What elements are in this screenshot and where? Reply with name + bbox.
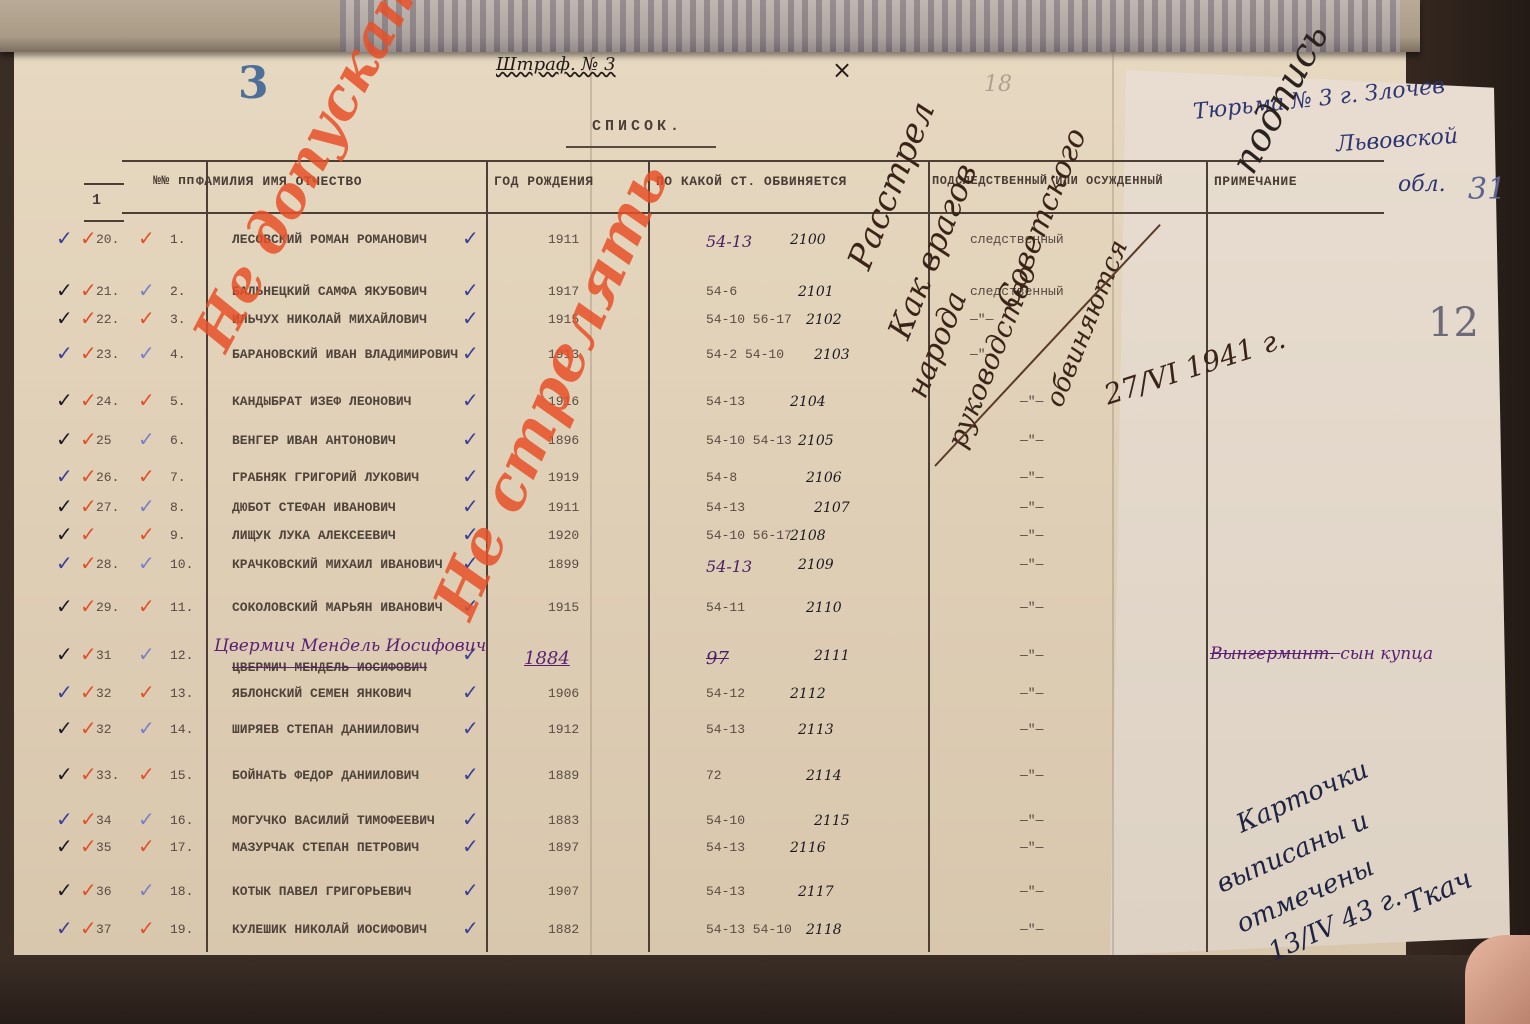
registry-number: 2116 — [790, 840, 826, 856]
note-struck: Вынгерминт. — [1210, 644, 1340, 664]
registry-number: 2117 — [798, 884, 834, 900]
row-number: 1. — [170, 232, 186, 247]
detention-status: —"— — [1020, 528, 1043, 543]
prisoner-name: КОТЫК ПАВЕЛ ГРИГОРЬЕВИЧ — [232, 884, 411, 899]
check-mark-icon: ✓ — [56, 596, 73, 616]
detention-status: —"— — [1020, 648, 1043, 663]
birth-year: 1912 — [548, 722, 579, 737]
page-title: СПИСОК. — [592, 118, 683, 135]
criminal-article: 54-10 56-17 — [706, 312, 792, 327]
prison-annotation: обл. — [1398, 172, 1446, 197]
table-row: ✓✓✓✓3618.КОТЫК ПАВЕЛ ГРИГОРЬЕВИЧ190754-1… — [0, 884, 1392, 912]
page-mark: 3 — [238, 58, 269, 109]
check-mark-icon: ✓ — [138, 343, 155, 363]
prisoner-name: КУЛЕШИК НИКОЛАЙ ИОСИФОВИЧ — [232, 922, 427, 937]
ledger-number: 25 — [96, 433, 112, 448]
criminal-article: 54-13 — [706, 722, 745, 737]
birth-year: 1915 — [548, 600, 579, 615]
check-mark-icon: ✓ — [462, 228, 479, 248]
prisoner-name: ДЮБОТ СТЕФАН ИВАНОВИЧ — [232, 500, 396, 515]
check-mark-icon: ✓ — [80, 308, 97, 328]
registry-number: 2107 — [814, 500, 850, 516]
birth-year: 1897 — [548, 840, 579, 855]
check-mark-icon: ✓ — [56, 553, 73, 573]
check-mark-icon: ✓ — [56, 390, 73, 410]
registry-number: 2109 — [798, 557, 834, 573]
check-mark-icon: ✓ — [56, 228, 73, 248]
check-mark-icon: ✓ — [56, 809, 73, 829]
row-number: 12. — [170, 648, 193, 663]
ledger-number: 23. — [96, 347, 119, 362]
check-mark-icon: ✓ — [138, 718, 155, 738]
ledger-number: 28. — [96, 557, 119, 572]
row-number: 11. — [170, 600, 193, 615]
check-mark-icon: ✓ — [80, 596, 97, 616]
check-mark-icon: ✓ — [462, 280, 479, 300]
check-mark-icon: ✓ — [138, 280, 155, 300]
page-number: 12 — [1428, 300, 1479, 346]
prisoner-name: ШИРЯЕВ СТЕПАН ДАНИИЛОВИЧ — [232, 722, 419, 737]
detention-status: —"— — [1020, 686, 1043, 701]
detention-status: —"— — [1020, 557, 1043, 572]
check-mark-icon: ✓ — [138, 466, 155, 486]
detention-status: —"— — [1020, 813, 1043, 828]
check-mark-icon: ✓ — [56, 429, 73, 449]
check-mark-icon: ✓ — [462, 718, 479, 738]
birth-year: 1906 — [548, 686, 579, 701]
check-mark-icon: ✓ — [56, 918, 73, 938]
criminal-article: 54-10 56-17 — [706, 528, 792, 543]
check-mark-icon: ✓ — [56, 764, 73, 784]
detention-status: —"— — [1020, 768, 1043, 783]
ledger-number: 37 — [96, 922, 112, 937]
ledger-number: 36 — [96, 884, 112, 899]
check-mark-icon: ✓ — [80, 524, 97, 544]
birth-year: 1883 — [548, 813, 579, 828]
registry-number: 2114 — [806, 768, 842, 784]
criminal-article: 54-13 — [706, 884, 745, 899]
check-mark-icon: ✓ — [80, 764, 97, 784]
check-mark-icon: ✓ — [138, 764, 155, 784]
check-mark-icon: ✓ — [462, 764, 479, 784]
check-mark-icon: ✓ — [462, 308, 479, 328]
registry-number: 2103 — [814, 347, 850, 363]
birth-year: 1889 — [548, 768, 579, 783]
row-number: 10. — [170, 557, 193, 572]
detention-status: —"— — [1020, 433, 1043, 448]
ledger-number: 31 — [96, 648, 112, 663]
check-mark-icon: ✓ — [80, 429, 97, 449]
birth-year: 1911 — [548, 232, 579, 247]
check-mark-icon: ✓ — [80, 809, 97, 829]
registry-number: 2101 — [798, 284, 834, 300]
ledger-header-rule — [84, 220, 124, 222]
table-row: ✓✓✓✓3112.ЦВЕРМИЧ МЕНДЕЛЬ ИОСИФОВИЧЦверми… — [0, 648, 1392, 676]
row-number: 18. — [170, 884, 193, 899]
criminal-article: 54-12 — [706, 686, 745, 701]
prisoner-name: БАРАНОВСКИЙ ИВАН ВЛАДИМИРОВИЧ — [232, 347, 458, 362]
row-number: 2. — [170, 284, 186, 299]
ledger-header: 1 — [92, 192, 102, 209]
check-mark-icon: ✓ — [462, 836, 479, 856]
check-mark-icon: ✓ — [462, 682, 479, 702]
criminal-article: 54-10 54-13 — [706, 433, 792, 448]
table-row: ✓✓✓✓24.5.КАНДЫБРАТ ИЗЕФ ЛЕОНОВИЧ191654-1… — [0, 394, 1392, 422]
detention-status: —"— — [1020, 922, 1043, 937]
check-mark-icon: ✓ — [56, 308, 73, 328]
table-row: ✓✓✓✓3719.КУЛЕШИК НИКОЛАЙ ИОСИФОВИЧ188254… — [0, 922, 1392, 950]
ledger-number: 26. — [96, 470, 119, 485]
row-number: 17. — [170, 840, 193, 855]
ledger-number: 32 — [96, 722, 112, 737]
prisoner-name-handwritten: Цвермич Мендель Иосифович — [214, 636, 486, 656]
row-number: 15. — [170, 768, 193, 783]
ledger-number: 22. — [96, 312, 119, 327]
handwritten-heading: Штраф. № 3 — [496, 54, 616, 75]
criminal-article: 54-10 — [706, 813, 745, 828]
row-number: 5. — [170, 394, 186, 409]
row-number: 6. — [170, 433, 186, 448]
check-mark-icon: ✓ — [56, 466, 73, 486]
row-number: 4. — [170, 347, 186, 362]
ledger-number: 20. — [96, 232, 119, 247]
ledger-number: 24. — [96, 394, 119, 409]
check-mark-icon: ✓ — [80, 466, 97, 486]
check-mark-icon: ✓ — [80, 228, 97, 248]
folio-number: 18 — [984, 72, 1012, 97]
ledger-number: 35 — [96, 840, 112, 855]
check-mark-icon: ✓ — [138, 524, 155, 544]
registry-number: 2110 — [806, 600, 842, 616]
check-mark-icon: ✓ — [138, 496, 155, 516]
table-row: ✓✓✓✓26.7.ГРАБНЯК ГРИГОРИЙ ЛУКОВИЧ191954-… — [0, 470, 1392, 498]
check-mark-icon: ✓ — [80, 280, 97, 300]
birth-year: 1899 — [548, 557, 579, 572]
registry-number: 2113 — [798, 722, 834, 738]
ledger-header-rule — [84, 183, 124, 185]
check-mark-icon: ✓ — [462, 343, 479, 363]
check-mark-icon: ✓ — [80, 682, 97, 702]
detention-status: —"— — [1020, 394, 1043, 409]
row-number: 13. — [170, 686, 193, 701]
criminal-article: 54-8 — [706, 470, 737, 485]
birth-year: 1882 — [548, 922, 579, 937]
criminal-article: 54-13 — [706, 557, 752, 576]
registry-number: 2100 — [790, 232, 826, 248]
ledger-number: 29. — [96, 600, 119, 615]
registry-number: 2111 — [814, 648, 850, 664]
criminal-article: 54-6 — [706, 284, 737, 299]
check-mark-icon: ✓ — [138, 390, 155, 410]
thumb — [1465, 935, 1530, 1024]
birth-year: 1884 — [524, 648, 570, 669]
check-mark-icon: ✓ — [138, 228, 155, 248]
check-mark-icon: ✓ — [138, 809, 155, 829]
check-mark-icon: ✓ — [138, 682, 155, 702]
col-header-number: №№ пп — [152, 172, 196, 190]
ledger-number: 32 — [96, 686, 112, 701]
check-mark-icon: ✓ — [80, 553, 97, 573]
row-number: 19. — [170, 922, 193, 937]
check-mark-icon: ✓ — [56, 682, 73, 702]
check-mark-icon: ✓ — [56, 880, 73, 900]
registry-number: 2118 — [806, 922, 842, 938]
check-mark-icon: ✓ — [80, 718, 97, 738]
table-row: ✓✓✓✓27.8.ДЮБОТ СТЕФАН ИВАНОВИЧ191154-132… — [0, 500, 1392, 528]
prisoner-name: БОЙНАТЬ ФЕДОР ДАНИИЛОВИЧ — [232, 768, 419, 783]
criminal-article: 54-13 — [706, 232, 752, 251]
registry-number: 2108 — [790, 528, 826, 544]
check-mark-icon: ✓ — [138, 880, 155, 900]
row-number: 7. — [170, 470, 186, 485]
prisoner-name: ЛИЩУК ЛУКА АЛЕКСЕЕВИЧ — [232, 528, 396, 543]
carbon-copy-area — [340, 0, 1400, 52]
criminal-article: 54-13 — [706, 840, 745, 855]
check-mark-icon: ✓ — [462, 429, 479, 449]
note-text: сын купца — [1340, 644, 1433, 664]
check-mark-icon: ✓ — [80, 496, 97, 516]
row-number: 8. — [170, 500, 186, 515]
table-row: ✓✓✓✓20.1.ЛЕСОВСКИЙ РОМАН РОМАНОВИЧ191154… — [0, 232, 1392, 260]
registry-number: 2104 — [790, 394, 826, 410]
check-mark-icon: ✓ — [462, 880, 479, 900]
title-underline — [566, 146, 716, 148]
col-header-article: ПО КАКОЙ СТ. ОБВИНЯЕТСЯ — [656, 174, 847, 189]
row-number: 16. — [170, 813, 193, 828]
detention-status: —"— — [1020, 722, 1043, 737]
check-mark-icon: ✓ — [138, 596, 155, 616]
detention-status: —"— — [1020, 840, 1043, 855]
check-mark-icon: ✓ — [80, 880, 97, 900]
criminal-article: 54-11 — [706, 600, 745, 615]
prisoner-name: КАНДЫБРАТ ИЗЕФ ЛЕОНОВИЧ — [232, 394, 411, 409]
check-mark-icon: ✓ — [80, 343, 97, 363]
registry-number: 2105 — [798, 433, 834, 449]
table-row: ✓✓✓✓3213.ЯБЛОНСКИЙ СЕМЕН ЯНКОВИЧ190654-1… — [0, 686, 1392, 714]
criminal-article: 72 — [706, 768, 722, 783]
table-row: ✓✓✓✓3416.МОГУЧКО ВАСИЛИЙ ТИМОФЕЕВИЧ18835… — [0, 813, 1392, 841]
birth-year: 1907 — [548, 884, 579, 899]
table-row: ✓✓✓✓3517.МАЗУРЧАК СТЕПАН ПЕТРОВИЧ189754-… — [0, 840, 1392, 868]
check-mark-icon: ✓ — [138, 644, 155, 664]
check-mark-icon: ✓ — [138, 429, 155, 449]
registry-number: 2106 — [806, 470, 842, 486]
check-mark-icon: ✓ — [80, 836, 97, 856]
prisoner-name: ЦВЕРМИЧ МЕНДЕЛЬ ИОСИФОВИЧ — [232, 660, 427, 675]
check-mark-icon: ✓ — [462, 390, 479, 410]
ledger-number: 21. — [96, 284, 119, 299]
table-surface — [0, 955, 1530, 1024]
prison-page-number: 31 — [1468, 172, 1506, 207]
registry-number: 2102 — [806, 312, 842, 328]
check-mark-icon: ✓ — [80, 390, 97, 410]
check-mark-icon: ✓ — [56, 496, 73, 516]
detention-status: —"— — [1020, 470, 1043, 485]
check-mark-icon: ✓ — [80, 644, 97, 664]
check-mark-icon: ✓ — [56, 718, 73, 738]
col-header-year: ГОД РОЖДЕНИЯ — [494, 174, 594, 189]
table-row: ✓✓✓✓29.11.СОКОЛОВСКИЙ МАРЬЯН ИВАНОВИЧ191… — [0, 600, 1392, 628]
registry-number: 2112 — [790, 686, 826, 702]
note: Вынгерминт. сын купца — [1210, 644, 1433, 664]
check-mark-icon: ✓ — [56, 644, 73, 664]
check-mark-icon: ✓ — [138, 553, 155, 573]
prisoner-name: ЯБЛОНСКИЙ СЕМЕН ЯНКОВИЧ — [232, 686, 411, 701]
registry-number: 2115 — [814, 813, 850, 829]
check-mark-icon: ✓ — [138, 836, 155, 856]
check-mark-icon: ✓ — [462, 918, 479, 938]
birth-year: 1920 — [548, 528, 579, 543]
check-mark-icon: ✓ — [80, 918, 97, 938]
check-mark-icon: ✓ — [56, 343, 73, 363]
prisoner-name: СОКОЛОВСКИЙ МАРЬЯН ИВАНОВИЧ — [232, 600, 443, 615]
prisoner-name: ВЕНГЕР ИВАН АНТОНОВИЧ — [232, 433, 396, 448]
row-number: 14. — [170, 722, 193, 737]
x-mark: × — [832, 56, 852, 84]
check-mark-icon: ✓ — [462, 809, 479, 829]
table-row: ✓✓✓✓3214.ШИРЯЕВ СТЕПАН ДАНИИЛОВИЧ191254-… — [0, 722, 1392, 750]
prisoner-name: МАЗУРЧАК СТЕПАН ПЕТРОВИЧ — [232, 840, 419, 855]
detention-status: —"— — [1020, 884, 1043, 899]
ledger-number: 34 — [96, 813, 112, 828]
check-mark-icon: ✓ — [56, 524, 73, 544]
criminal-article: 54-13 — [706, 500, 745, 515]
criminal-article: 54-13 54-10 — [706, 922, 792, 937]
detention-status: —"— — [1020, 600, 1043, 615]
check-mark-icon: ✓ — [56, 280, 73, 300]
prisoner-name: ГРАБНЯК ГРИГОРИЙ ЛУКОВИЧ — [232, 470, 419, 485]
birth-year: 1911 — [548, 500, 579, 515]
table-row: ✓✓✓✓9.ЛИЩУК ЛУКА АЛЕКСЕЕВИЧ192054-10 56-… — [0, 528, 1392, 556]
prisoner-name: КРАЧКОВСКИЙ МИХАИЛ ИВАНОВИЧ — [232, 557, 443, 572]
detention-status: —"— — [1020, 500, 1043, 515]
criminal-article: 54-13 — [706, 394, 745, 409]
ledger-number: 27. — [96, 500, 119, 515]
folded-carbon-sheet — [0, 0, 1420, 52]
row-number: 9. — [170, 528, 186, 543]
check-mark-icon: ✓ — [56, 836, 73, 856]
criminal-article: 54-2 54-10 — [706, 347, 784, 362]
table-row: ✓✓✓✓28.10.КРАЧКОВСКИЙ МИХАИЛ ИВАНОВИЧ189… — [0, 557, 1392, 585]
table-row: ✓✓✓✓256.ВЕНГЕР ИВАН АНТОНОВИЧ189654-10 5… — [0, 433, 1392, 461]
check-mark-icon: ✓ — [138, 308, 155, 328]
ledger-number: 33. — [96, 768, 119, 783]
criminal-article: 97 — [706, 648, 729, 669]
table-row: ✓✓✓✓33.15.БОЙНАТЬ ФЕДОР ДАНИИЛОВИЧ188972… — [0, 768, 1392, 796]
prisoner-name: МОГУЧКО ВАСИЛИЙ ТИМОФЕЕВИЧ — [232, 813, 435, 828]
check-mark-icon: ✓ — [138, 918, 155, 938]
